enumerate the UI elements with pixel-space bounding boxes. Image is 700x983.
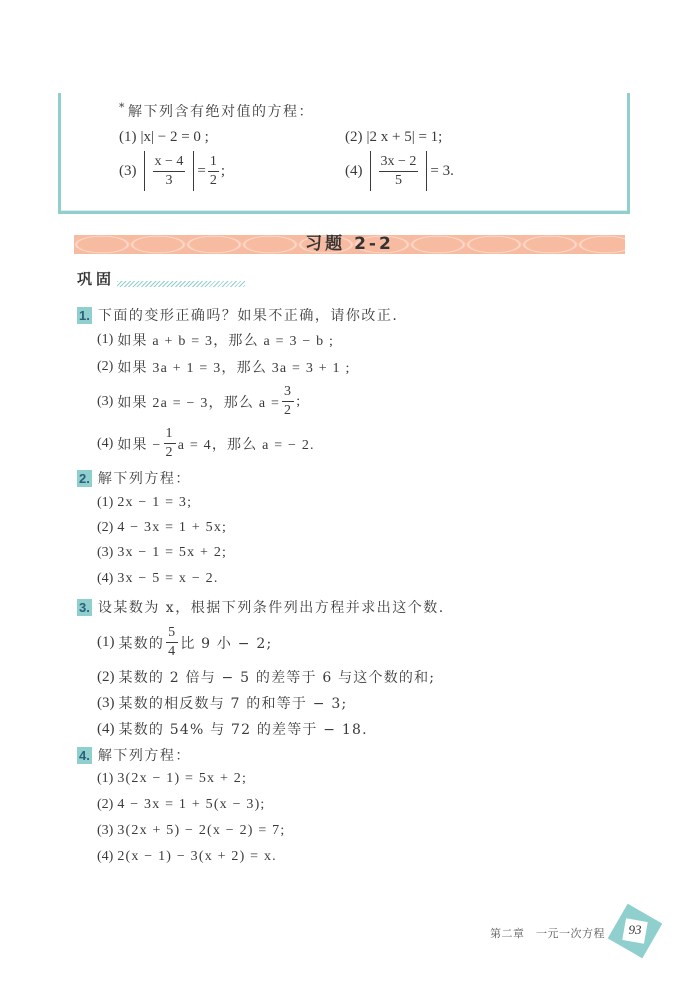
box-item-2: (2) |2 x + 5| = 1; <box>345 129 442 146</box>
q3-item-4: (4)某数的 54% 与 72 的差等于 − 18. <box>97 719 368 739</box>
chapter-footer: 第二章 一元一次方程 <box>490 925 605 941</box>
q2-item-3: (3)3x − 1 = 5x + 2; <box>97 545 227 561</box>
q4-item-3: (3)3(2x + 5) − 2(x − 2) = 7; <box>97 823 285 839</box>
q3-item-2: (2)某数的 2 倍与 − 5 的差等于 6 与这个数的和; <box>97 667 435 687</box>
q1-item-2: (2)如果 3a + 1 = 3，那么 3a = 3 + 1 ; <box>97 357 351 377</box>
absolute-value: x − 4 3 <box>144 151 195 191</box>
box-item-3: (3) x − 4 3 = 1 2 ; <box>119 151 225 191</box>
q4-item-2: (2)4 − 3x = 1 + 5(x − 3); <box>97 797 266 813</box>
section-rule <box>117 281 245 287</box>
q1-item-4: (4) 如果 − 1 2 a = 4，那么 a = − 2. <box>97 427 315 460</box>
fraction: 5 4 <box>166 626 178 659</box>
fraction: 3x − 2 5 <box>379 155 419 188</box>
question-number-badge: 3. <box>77 599 92 616</box>
q3-item-3: (3)某数的相反数与 7 的和等于 − 3; <box>97 693 347 713</box>
question-2: 2. 解下列方程： <box>77 468 191 488</box>
question-4: 4. 解下列方程： <box>77 745 191 765</box>
q1-item-3: (3) 如果 2a = − 3，那么 a = 3 2 ; <box>97 385 301 418</box>
section-heading: 巩固 <box>77 268 115 289</box>
exercise-banner: 习题 2-2 <box>74 235 625 254</box>
fraction: 1 2 <box>164 427 176 460</box>
q2-item-1: (1)2x − 1 = 3; <box>97 495 192 511</box>
fraction: 3 2 <box>282 385 294 418</box>
q4-item-4: (4)2(x − 1) − 3(x + 2) = x. <box>97 849 277 865</box>
q3-item-1: (1) 某数的 5 4 比 9 小 − 2; <box>97 626 272 659</box>
question-number-badge: 1. <box>77 307 92 324</box>
question-1: 1. 下面的变形正确吗？如果不正确，请你改正. <box>77 305 398 325</box>
fraction: 1 2 <box>208 155 219 188</box>
question-number-badge: 2. <box>77 470 92 487</box>
question-3: 3. 设某数为 x，根据下列条件列出方程并求出这个数. <box>77 597 445 617</box>
q2-item-4: (4)3x − 5 = x − 2. <box>97 571 219 587</box>
exercise-box: *解下列含有绝对值的方程： (1) |x| − 2 = 0 ; (2) |2 x… <box>58 93 630 214</box>
q1-item-1: (1)如果 a + b = 3，那么 a = 3 − b ; <box>97 330 334 350</box>
box-title: *解下列含有绝对值的方程： <box>119 101 314 121</box>
absolute-value: 3x − 2 5 <box>370 151 428 191</box>
box-item-4: (4) 3x − 2 5 = 3. <box>345 151 454 191</box>
box-item-1: (1) |x| − 2 = 0 ; <box>119 129 209 146</box>
q4-item-1: (1)3(2x − 1) = 5x + 2; <box>97 771 247 787</box>
optional-star: * <box>119 101 126 114</box>
fraction: x − 4 3 <box>153 155 186 188</box>
q2-item-2: (2)4 − 3x = 1 + 5x; <box>97 520 227 536</box>
banner-title: 习题 2-2 <box>74 235 625 254</box>
page-number: 93 <box>624 922 646 938</box>
question-number-badge: 4. <box>77 747 92 764</box>
